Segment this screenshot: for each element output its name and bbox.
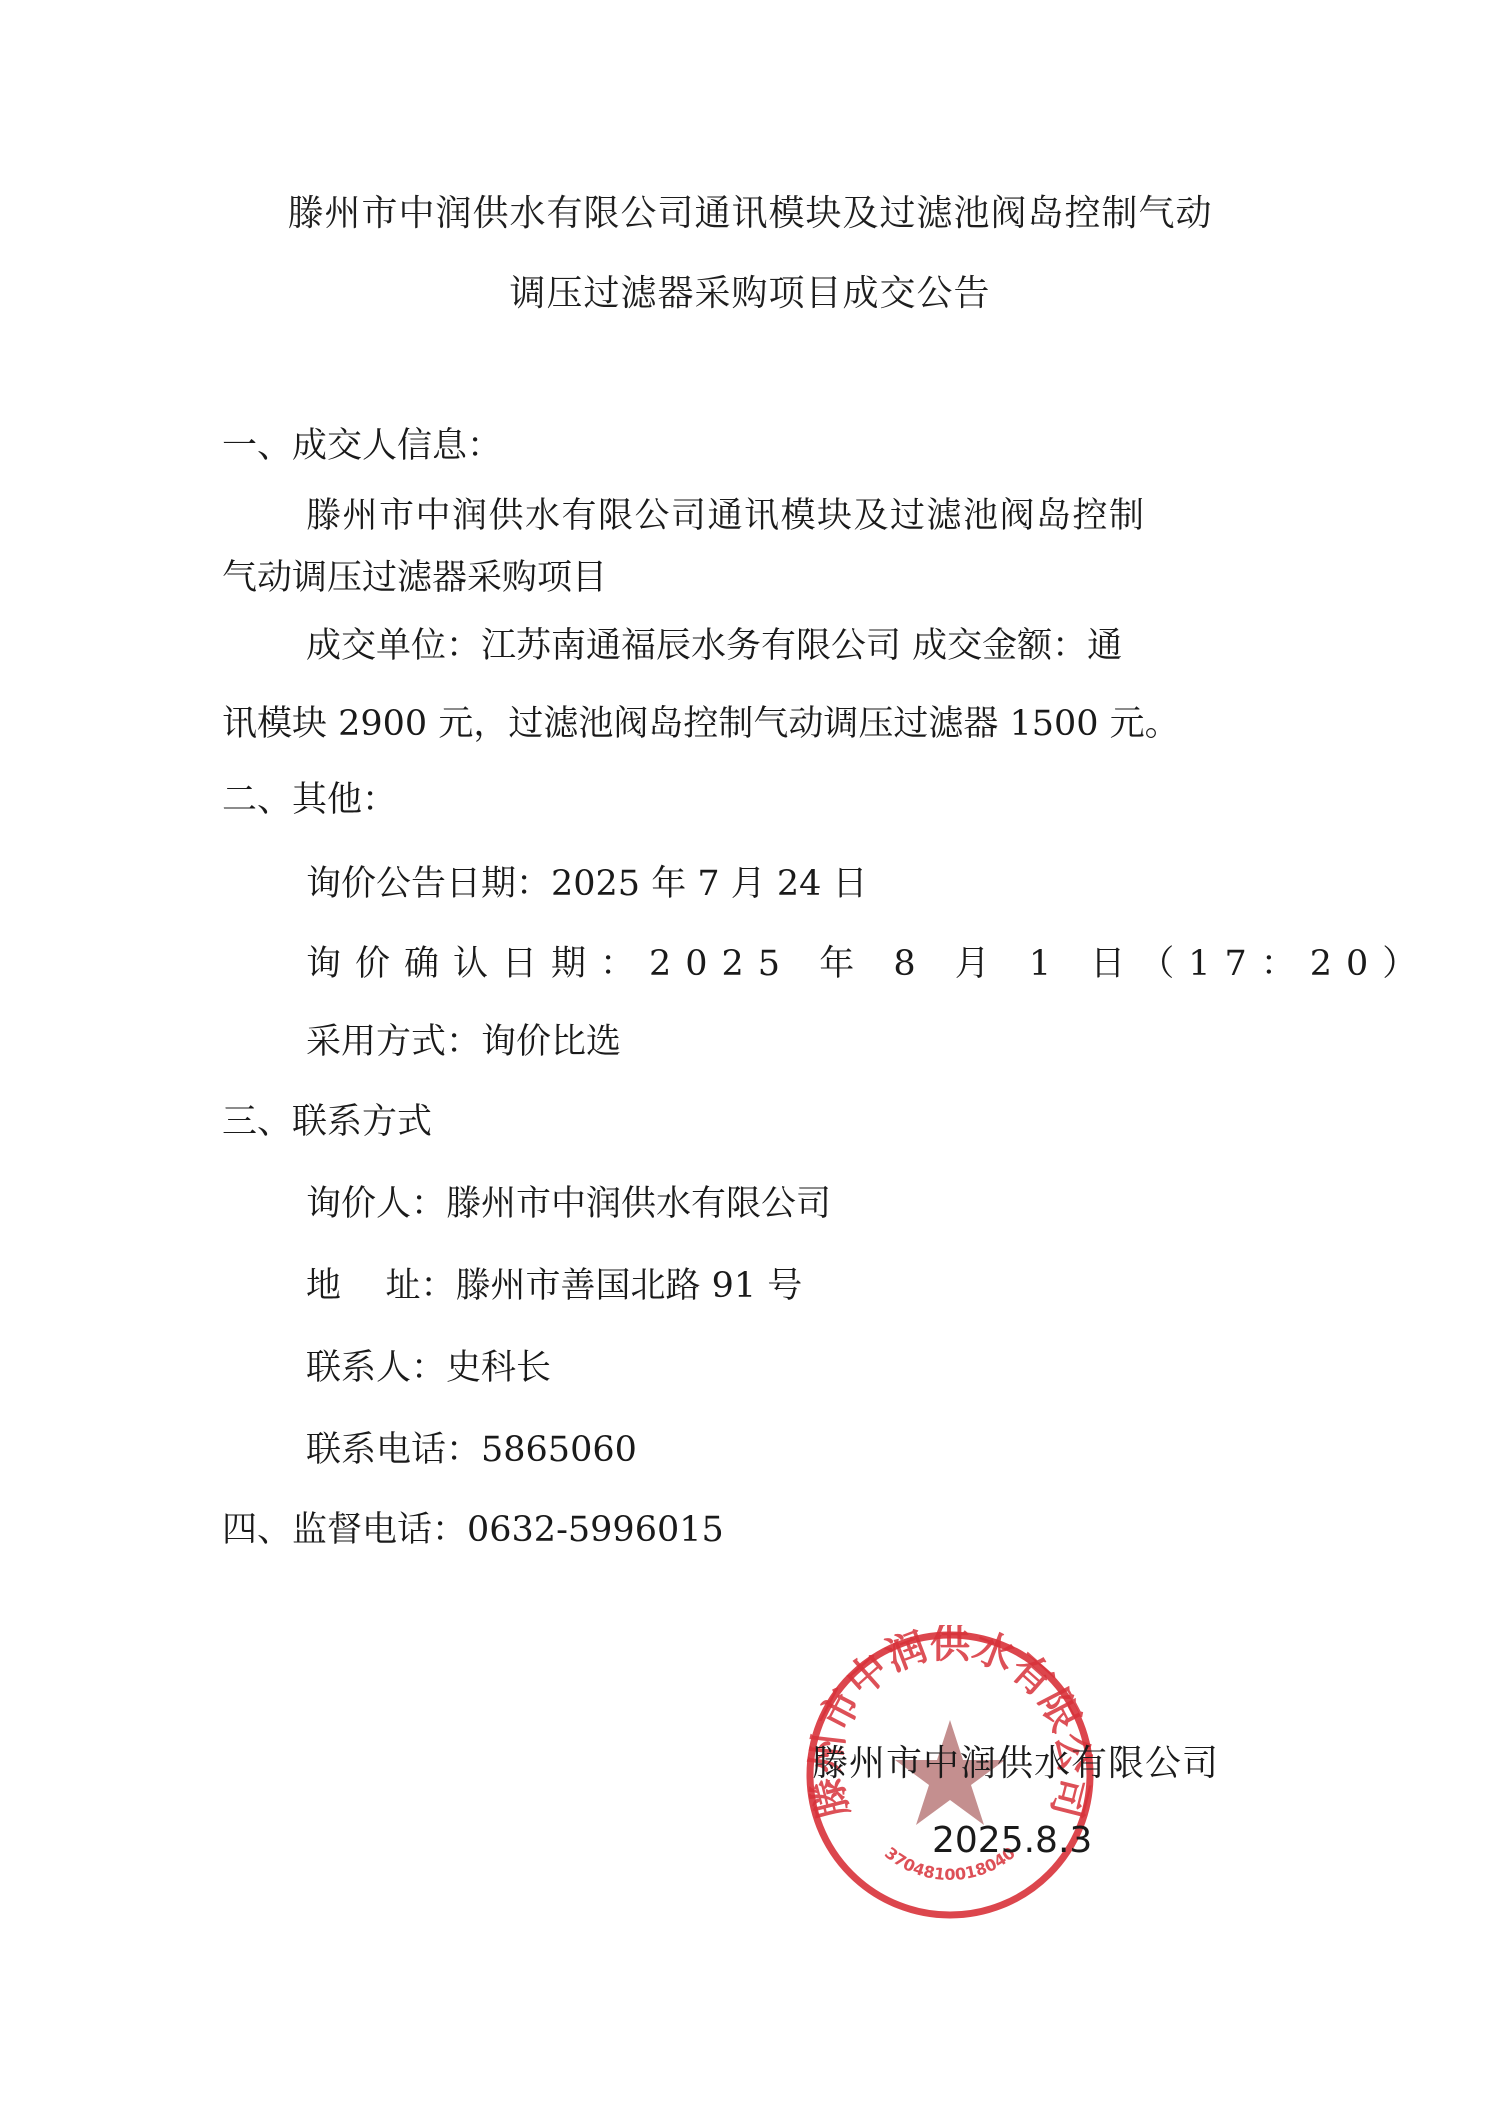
inquirer: 询价人：滕州市中润供水有限公司 [306, 1176, 831, 1226]
supervision-phone: 四、监督电话：0632-5996015 [222, 1502, 724, 1552]
section3-heading: 三、联系方式 [222, 1094, 432, 1144]
notice-date: 询价公告日期：2025 年 7 月 24 日 [306, 856, 868, 906]
signature-company: 滕州市中润供水有限公司 [812, 1735, 1219, 1786]
address: 地 址：滕州市善国北路 91 号 [306, 1258, 802, 1308]
contact-person: 联系人：史科长 [306, 1340, 551, 1390]
contact-phone: 联系电话：5865060 [306, 1422, 637, 1472]
document-title-line1: 滕州市中润供水有限公司通讯模块及过滤池阀岛控制气动 [0, 185, 1500, 236]
winner-line1: 成交单位：江苏南通福辰水务有限公司 成交金额：通 [306, 618, 1122, 668]
project-name-line1: 滕州市中润供水有限公司通讯模块及过滤池阀岛控制 [306, 488, 1146, 538]
confirm-date: 询价确认日期：2025 年 8 月 1 日（17：20） [306, 936, 1431, 986]
winner-line2: 讯模块 2900 元，过滤池阀岛控制气动调压过滤器 1500 元。 [222, 696, 1180, 746]
section1-heading: 一、成交人信息： [222, 418, 502, 468]
section2-heading: 二、其他： [222, 772, 397, 822]
document-title-line2: 调压过滤器采购项目成交公告 [0, 265, 1500, 316]
signature-date: 2025.8.3 [932, 1820, 1092, 1861]
project-name-line2: 气动调压过滤器采购项目 [222, 550, 607, 600]
selection-method: 采用方式：询价比选 [306, 1014, 621, 1064]
